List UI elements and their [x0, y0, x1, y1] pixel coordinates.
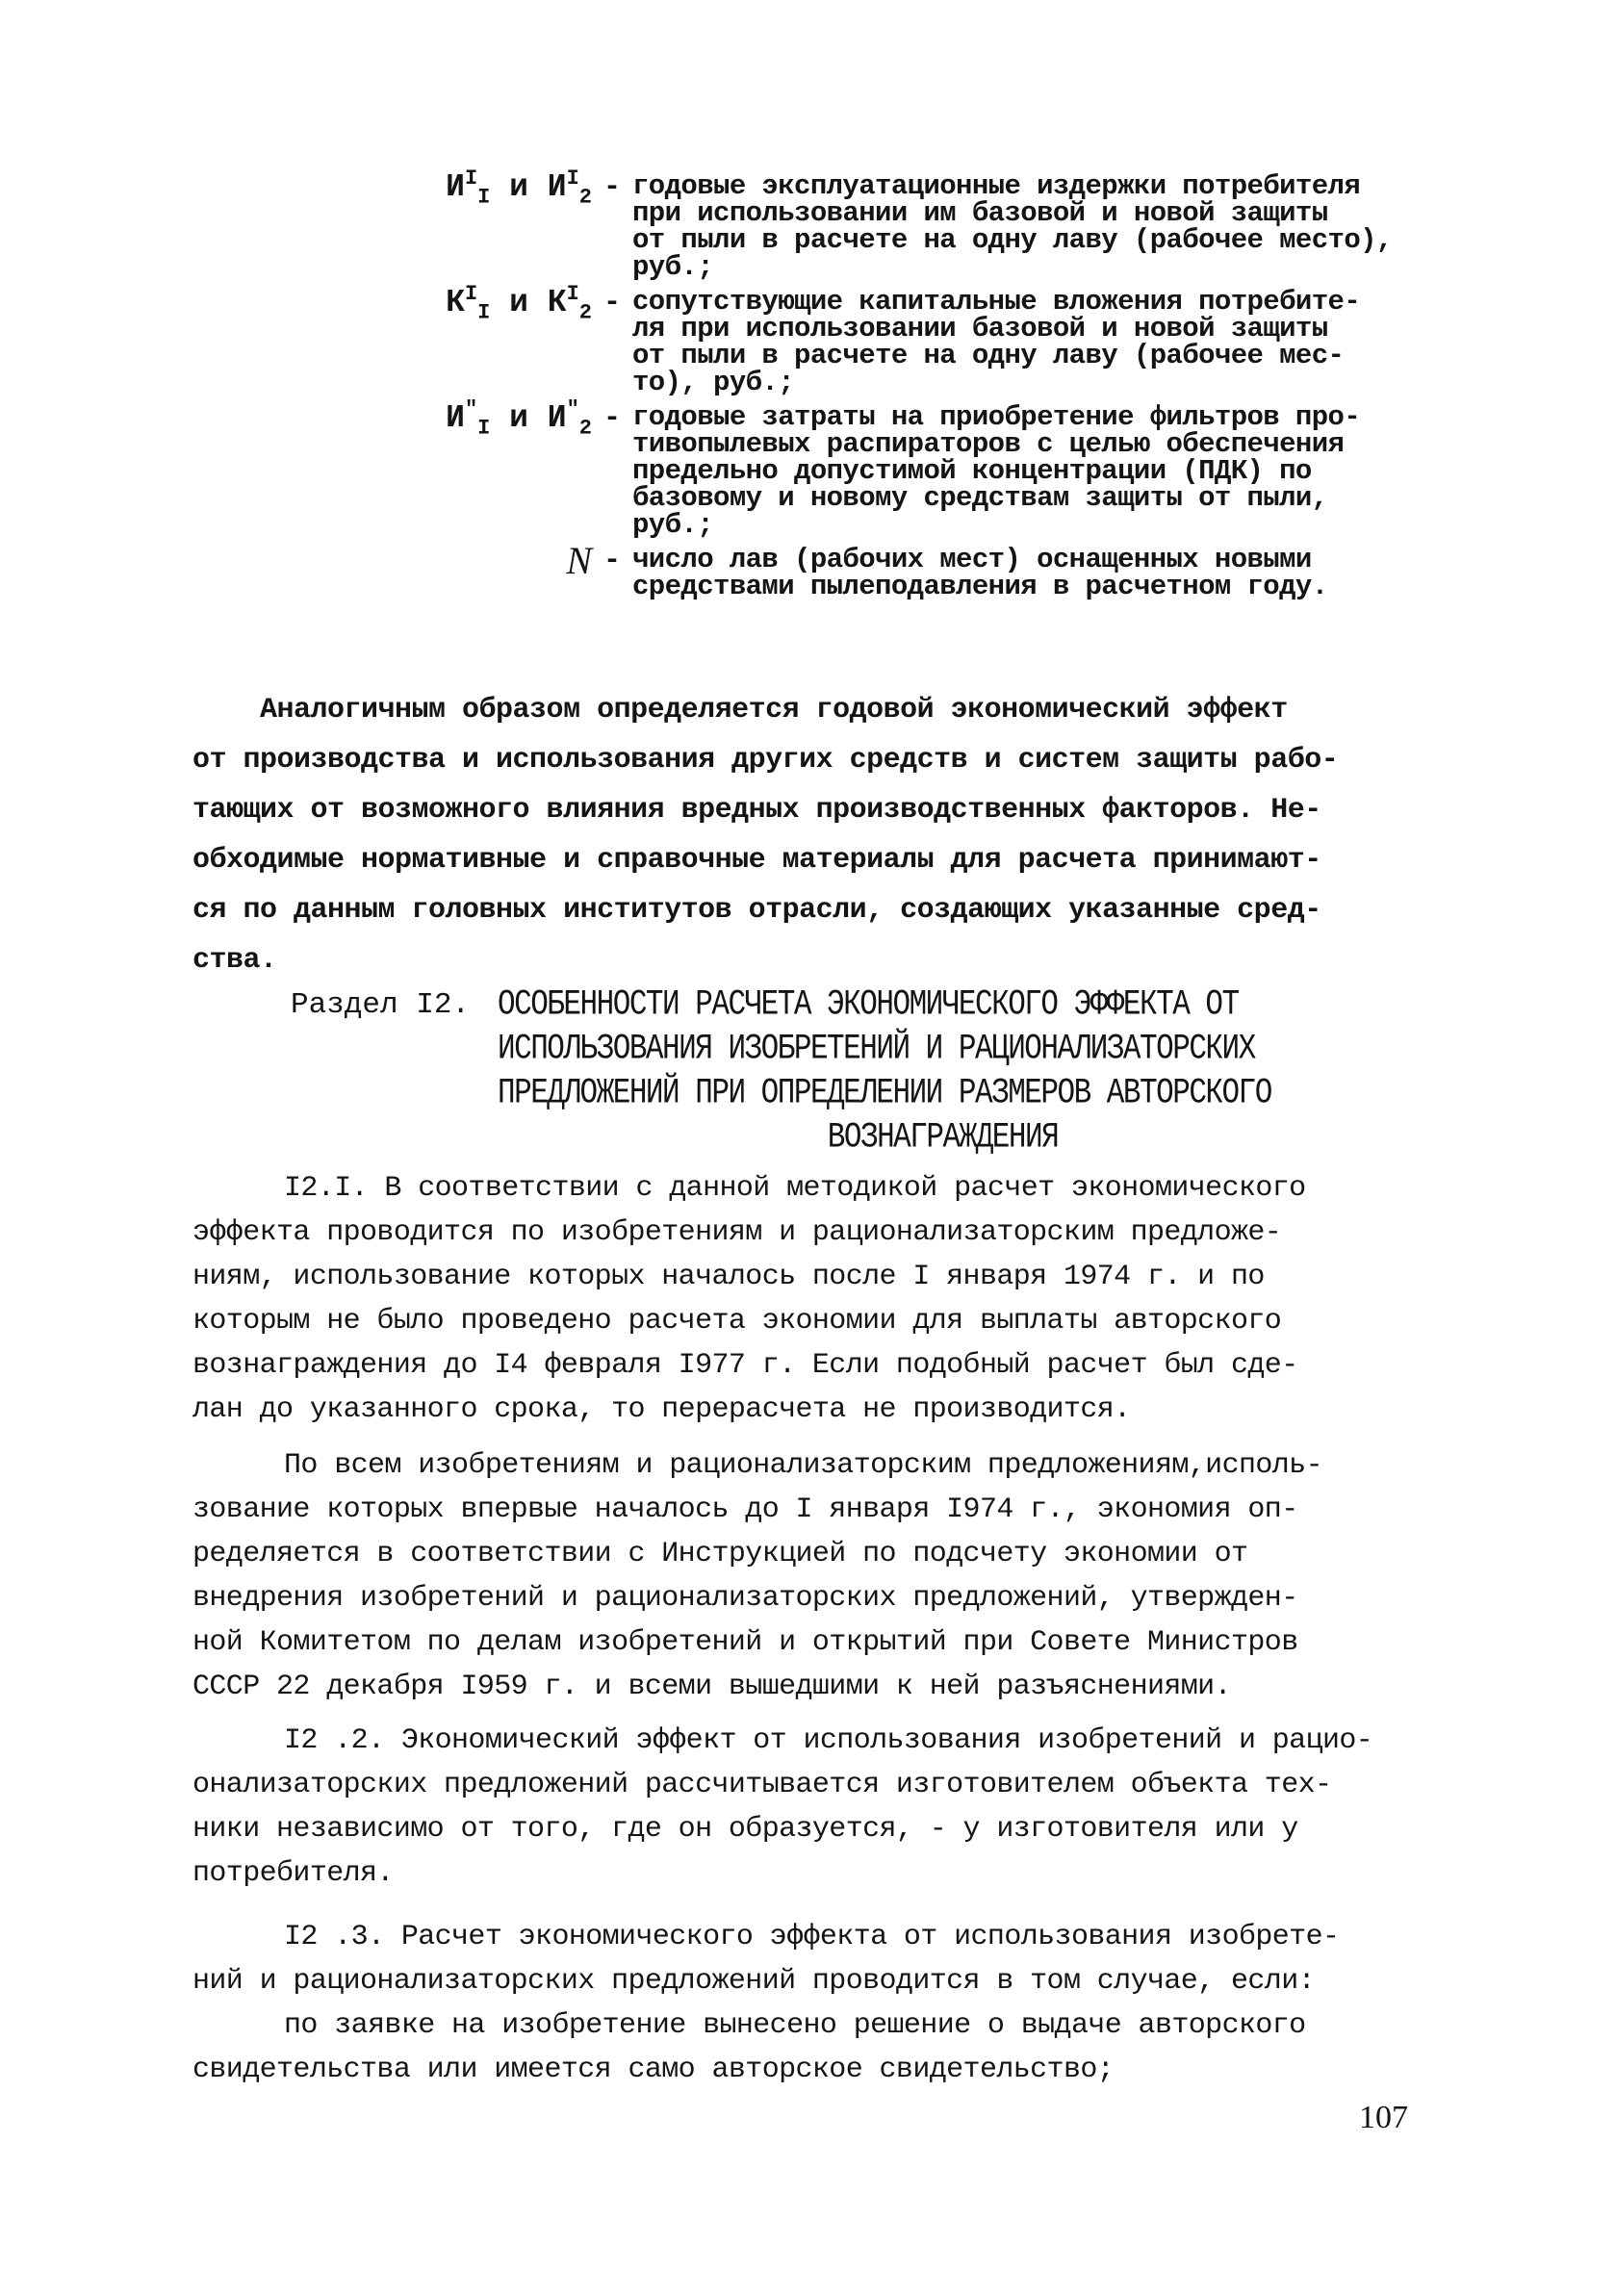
definition-line: от пыли в расчете на одну лаву (рабочее …	[632, 227, 1482, 254]
symbol-sub: I	[477, 186, 490, 210]
text-line: ся по данным головных институтов отрасли…	[192, 885, 1482, 935]
definition-line: от пыли в расчете на одну лаву (рабочее …	[632, 343, 1482, 370]
definition-text: годовые затраты на приобретение фильтров…	[632, 404, 1482, 539]
definition-line: предельно допустимой концентрации (ПДК) …	[632, 458, 1482, 485]
clause-12-3: I2 .3. Расчет экономического эффекта от …	[192, 1915, 1473, 2003]
symbol-sup: I	[567, 166, 579, 191]
definition-dash: -	[592, 173, 632, 202]
text-line: ства.	[192, 935, 1482, 985]
text-line: ники независимо от того, где он образует…	[192, 1807, 1473, 1851]
definitions-list: ИII и ИI2 - годовые эксплуатационные изд…	[414, 173, 1482, 608]
text-line: лан до указанного срока, то перерасчета …	[192, 1388, 1473, 1432]
text-line: I2.I. В соответствии с данной методикой …	[192, 1166, 1473, 1211]
text-line: ний и рационализаторских предложений про…	[192, 1959, 1473, 2003]
definition-line: руб.;	[632, 512, 1482, 539]
symbol-letter: И	[548, 169, 567, 205]
text-line: СССР 22 декабря I959 г. и всеми вышедшим…	[192, 1665, 1473, 1709]
text-line: ределяется в соответствии с Инструкцией …	[192, 1532, 1473, 1576]
symbol-sup: ″	[465, 397, 477, 421]
clause-12-2: I2 .2. Экономический эффект от использов…	[192, 1719, 1473, 1896]
text-line: которым не было проведено расчета эконом…	[192, 1299, 1473, 1343]
definition-line: тивопылевых распираторов с целью обеспеч…	[632, 431, 1482, 458]
definition-line: годовые затраты на приобретение фильтров…	[632, 404, 1482, 431]
spacer	[291, 1072, 498, 1116]
text-line: по заявке на изобретение вынесено решени…	[192, 2003, 1473, 2048]
symbol-conjunction: и	[509, 400, 528, 436]
symbol-sup: ″	[567, 397, 579, 421]
spacer	[291, 1028, 498, 1072]
symbol-sub: 2	[579, 301, 592, 325]
text-line: I2 .2. Экономический эффект от использов…	[192, 1719, 1473, 1763]
symbol-letter: И	[446, 169, 465, 205]
definition-text: число лав (рабочих мест) оснащенных новы…	[632, 547, 1482, 600]
section-title-line: ВОЗНАГРАЖДЕНИЯ	[828, 1111, 1058, 1164]
symbol-letter: К	[446, 285, 465, 320]
text-line: тающих от возможного влияния вредных про…	[192, 785, 1482, 835]
text-line: вознаграждения до I4 февраля I977 г. Есл…	[192, 1343, 1473, 1388]
symbol-sub: 2	[579, 186, 592, 210]
definition-line: руб.;	[632, 254, 1482, 281]
symbol-sub: 2	[579, 417, 592, 441]
symbol-sup: I	[465, 282, 477, 306]
symbol-letter: К	[548, 285, 567, 320]
text-line: ной Комитетом по делам изобретений и отк…	[192, 1620, 1473, 1665]
definition-line: сопутствующие капитальные вложения потре…	[632, 289, 1482, 316]
definition-item: ИII и ИI2 - годовые эксплуатационные изд…	[414, 173, 1482, 281]
definition-line: средствами пылеподавления в расчетном го…	[632, 574, 1482, 600]
script-n-symbol: N	[566, 539, 592, 582]
definition-item: N - число лав (рабочих мест) оснащенных …	[414, 547, 1482, 600]
text-line: свидетельства или имеется само авторское…	[192, 2048, 1473, 2092]
definition-dash: -	[592, 547, 632, 575]
text-line: I2 .3. Расчет экономического эффекта от …	[192, 1915, 1473, 1959]
definition-line: при использовании им базовой и новой защ…	[632, 200, 1482, 227]
symbol-sub: I	[477, 301, 490, 325]
text-line: обходимые нормативные и справочные матер…	[192, 835, 1482, 885]
paragraph-analogous: Аналогичным образом определяется годовой…	[192, 685, 1482, 985]
text-line: По всем изобретениям и рационализаторски…	[192, 1443, 1473, 1488]
definition-line: число лав (рабочих мест) оснащенных новы…	[632, 547, 1482, 574]
text-line: внедрения изобретений и рационализаторск…	[192, 1576, 1473, 1620]
definition-line: то), руб.;	[632, 370, 1482, 396]
text-line: от производства и использования других с…	[192, 735, 1482, 785]
clause-12-3-condition: по заявке на изобретение вынесено решени…	[192, 2003, 1473, 2092]
section-heading: Раздел I2. ОСОБЕННОСТИ РАСЧЕТА ЭКОНОМИЧЕ…	[291, 983, 1388, 1161]
definition-symbol: ИII и ИI2	[414, 173, 592, 202]
text-line: ниям, использование которых началось пос…	[192, 1255, 1473, 1299]
symbol-sup: I	[567, 282, 579, 306]
definition-line: годовые эксплуатационные издержки потреб…	[632, 173, 1482, 200]
definition-symbol: И″I и И″2	[414, 404, 592, 433]
clause-12-1: I2.I. В соответствии с данной методикой …	[192, 1166, 1473, 1432]
definition-symbol: КII и КI2	[414, 289, 592, 318]
definition-line: ля при использовании базовой и новой защ…	[632, 316, 1482, 343]
symbol-letter: И	[446, 400, 465, 436]
symbol-conjunction: и	[509, 169, 528, 205]
text-line: эффекта проводится по изобретениям и рац…	[192, 1211, 1473, 1255]
definition-text: сопутствующие капитальные вложения потре…	[632, 289, 1482, 396]
symbol-sub: I	[477, 417, 490, 441]
definition-item: КII и КI2 - сопутствующие капитальные вл…	[414, 289, 1482, 396]
definition-dash: -	[592, 404, 632, 433]
definition-dash: -	[592, 289, 632, 318]
text-line: Аналогичным образом определяется годовой…	[192, 685, 1482, 735]
text-line: онализаторских предложений рассчитываетс…	[192, 1763, 1473, 1807]
clause-12-1-continuation: По всем изобретениям и рационализаторски…	[192, 1443, 1473, 1709]
symbol-conjunction: и	[509, 285, 528, 320]
text-line: потребителя.	[192, 1851, 1473, 1896]
document-page: ИII и ИI2 - годовые эксплуатационные изд…	[0, 0, 1615, 2296]
definition-text: годовые эксплуатационные издержки потреб…	[632, 173, 1482, 281]
section-number: Раздел I2.	[291, 983, 498, 1028]
symbol-letter: И	[548, 400, 567, 436]
symbol-sup: I	[465, 166, 477, 191]
text-line: зование которых впервые началось до I ян…	[192, 1488, 1473, 1532]
page-number: 107	[1359, 2100, 1408, 2136]
definition-line: базовому и новому средствам защиты от пы…	[632, 485, 1482, 512]
definition-item: И″I и И″2 - годовые затраты на приобрете…	[414, 404, 1482, 539]
definition-symbol: N	[414, 547, 592, 580]
